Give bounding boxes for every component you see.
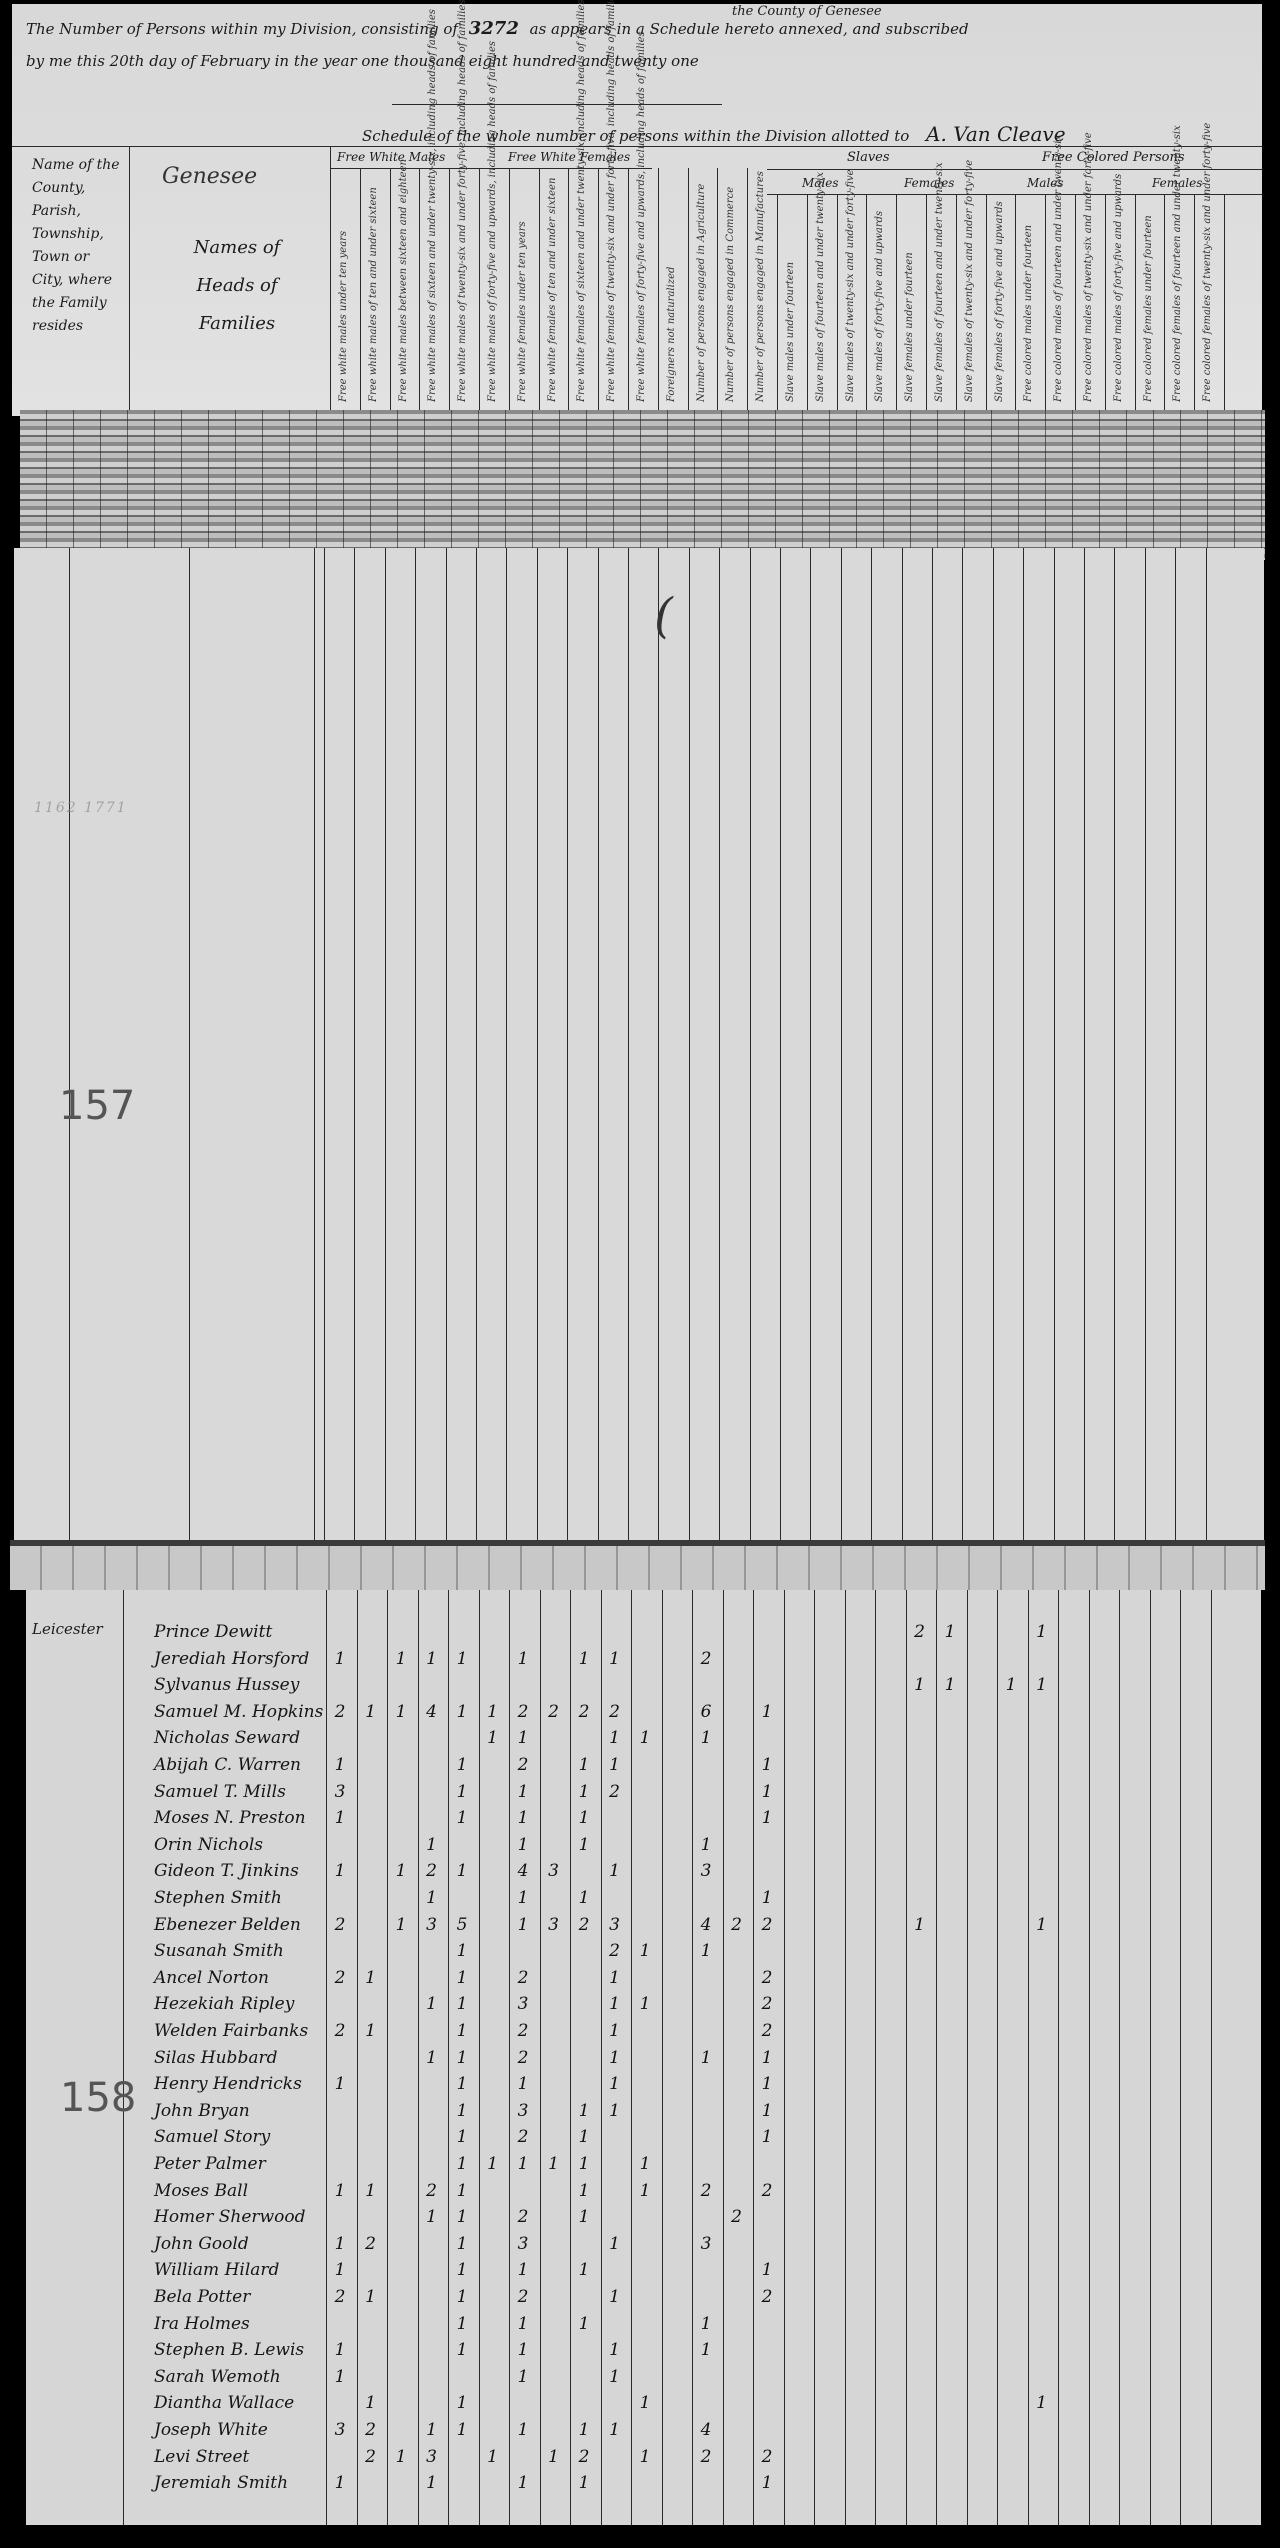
column-header: Slave females under fourteen	[904, 202, 915, 402]
head-of-family-name: Levi Street	[154, 2447, 249, 2467]
tally-cell: 1	[512, 2473, 534, 2493]
tally-cell: 1	[329, 1808, 351, 1828]
tally-cell: 1	[909, 1915, 931, 1935]
col-rule	[662, 1590, 663, 2525]
tally-cell: 2	[512, 1755, 534, 1775]
head-of-family-name: Samuel T. Mills	[154, 1782, 286, 1802]
tally-cell: 2	[512, 2048, 534, 2068]
head-of-family-name: Moses Ball	[154, 2181, 248, 2201]
tally-cell: 2	[512, 2287, 534, 2307]
group-slaves: Slaves	[847, 150, 890, 165]
tally-cell: 1	[695, 1835, 717, 1855]
tally-cell: 1	[634, 2181, 656, 2201]
col-rule	[753, 1590, 754, 2525]
tally-cell: 1	[360, 2021, 382, 2041]
head-of-family-name: Silas Hubbard	[154, 2048, 277, 2068]
tally-cell: 2	[360, 2420, 382, 2440]
tally-cell: 1	[604, 2074, 626, 2094]
col-rule	[628, 548, 629, 1548]
tally-cell: 1	[573, 2473, 595, 2493]
col-rule	[123, 1590, 124, 2525]
tally-cell: 1	[573, 1835, 595, 1855]
tally-cell: 2	[909, 1622, 931, 1642]
tally-cell: 1	[329, 2260, 351, 2280]
head-of-family-name: Joseph White	[154, 2420, 268, 2440]
tally-cell: 1	[329, 2473, 351, 2493]
column-header: Slave males of forty-five and upwards	[874, 202, 885, 402]
col-rule	[926, 194, 927, 416]
tally-cell: 1	[329, 1755, 351, 1775]
tally-cell: 2	[543, 1702, 565, 1722]
col-rule	[723, 1590, 724, 2525]
column-header: Free white males of forty-five and upwar…	[487, 176, 498, 402]
head-of-family-name: Jeremiah Smith	[154, 2473, 288, 2493]
tally-cell: 1	[451, 2154, 473, 2174]
tally-cell: 2	[604, 1782, 626, 1802]
head-of-family-name: William Hilard	[154, 2260, 279, 2280]
col-rule	[967, 1590, 968, 2525]
col-rule	[906, 1590, 907, 2525]
tally-cell: 2	[329, 2287, 351, 2307]
tally-cell: 1	[756, 1888, 778, 1908]
tally-cell: 1	[512, 1728, 534, 1748]
tally-cell: 3	[512, 2101, 534, 2121]
tally-cell: 1	[451, 1702, 473, 1722]
divider	[392, 104, 722, 105]
col-rule	[1206, 548, 1207, 1548]
col-rule	[1054, 548, 1055, 1548]
col-rule	[1084, 548, 1085, 1548]
head-of-family-name: Susanah Smith	[154, 1941, 284, 1961]
column-header: Number of persons engaged in Agriculture	[696, 176, 707, 402]
tally-cell: 1	[360, 2287, 382, 2307]
tally-cell: 1	[573, 1649, 595, 1669]
col-rule	[807, 194, 808, 416]
tally-cell: 1	[329, 2367, 351, 2387]
col-rule	[476, 548, 477, 1548]
tally-cell: 4	[695, 2420, 717, 2440]
blank-schedule-page: 1162 1771 157 (	[14, 548, 1264, 1548]
tally-cell: 1	[756, 1808, 778, 1828]
tally-cell: 2	[726, 2207, 748, 2227]
tally-cell: 5	[451, 1915, 473, 1935]
col-rule	[692, 1590, 693, 2525]
tally-cell: 1	[695, 2340, 717, 2360]
group-slaves-females: Females	[904, 176, 954, 190]
tally-cell: 1	[573, 2181, 595, 2201]
tally-cell: 1	[604, 1994, 626, 2014]
col-rule	[479, 168, 480, 416]
tally-cell: 1	[482, 1702, 504, 1722]
tally-cell: 1	[421, 1649, 443, 1669]
tally-cell: 1	[1031, 1622, 1053, 1642]
group-rule	[767, 169, 1262, 170]
tally-cell: 1	[756, 2260, 778, 2280]
tally-cell: 1	[756, 2101, 778, 2121]
col-rule	[330, 168, 331, 416]
tally-cell: 1	[451, 1994, 473, 2014]
col-rule	[357, 1590, 358, 2525]
column-header: Free colored females under fourteen	[1143, 202, 1154, 402]
head-of-family-name: Samuel Story	[154, 2127, 270, 2147]
tally-cell: 2	[512, 1702, 534, 1722]
page-number-157: 157	[59, 1083, 135, 1129]
tally-cell: 1	[634, 1941, 656, 1961]
tally-cell: 1	[604, 2340, 626, 2360]
census-data-page: Leicester 158 Prince Dewitt211Jerediah H…	[26, 1590, 1261, 2525]
col-rule	[479, 1590, 480, 2525]
tally-cell: 1	[390, 1915, 412, 1935]
col-rule	[1194, 194, 1195, 416]
tally-cell: 1	[421, 1888, 443, 1908]
head-of-family-name: Homer Sherwood	[154, 2207, 305, 2227]
column-header: Foreigners not naturalized	[666, 176, 677, 402]
col-rule	[896, 194, 897, 416]
tally-cell: 1	[604, 2367, 626, 2387]
col-rule	[1145, 548, 1146, 1548]
column-header: Free white females under ten years	[517, 176, 528, 402]
tally-cell: 1	[695, 1728, 717, 1748]
tally-cell: 1	[360, 1968, 382, 1988]
col-rule	[631, 1590, 632, 2525]
tally-cell: 1	[390, 2447, 412, 2467]
col-rule	[537, 548, 538, 1548]
head-of-family-name: Prince Dewitt	[154, 1622, 272, 1642]
bleed-through-text: 1162 1771	[34, 800, 128, 816]
col-rule	[567, 548, 568, 1548]
col-rule	[810, 548, 811, 1548]
tally-cell: 3	[421, 1915, 443, 1935]
col-rule	[129, 146, 130, 416]
col-rule	[418, 1590, 419, 2525]
head-of-family-name: John Bryan	[154, 2101, 250, 2121]
head-of-family-name: Ancel Norton	[154, 1968, 269, 1988]
col-rule	[845, 1590, 846, 2525]
col-rule	[419, 168, 420, 416]
col-rule	[570, 1590, 571, 2525]
col-rule	[506, 548, 507, 1548]
column-header: Free white females of twenty-six and und…	[606, 176, 617, 402]
tally-cell: 2	[726, 1915, 748, 1935]
col-rule	[688, 168, 689, 416]
tally-cell: 2	[756, 2447, 778, 2467]
tally-cell: 1	[329, 1649, 351, 1669]
tally-cell: 2	[329, 1702, 351, 1722]
column-header: Free white females of ten and under sixt…	[547, 176, 558, 402]
col-rule	[601, 1590, 602, 2525]
head-of-family-name: Henry Hendricks	[154, 2074, 302, 2094]
head-of-family-name: Gideon T. Jinkins	[154, 1861, 299, 1881]
tally-cell: 1	[573, 2314, 595, 2334]
col-rule	[750, 548, 751, 1548]
col-rule	[866, 194, 867, 416]
head-of-family-name: Jerediah Horsford	[154, 1649, 309, 1669]
tally-cell: 2	[573, 1915, 595, 1935]
col-rule	[814, 1590, 815, 2525]
col-rule	[997, 1590, 998, 2525]
col-rule	[1150, 1590, 1151, 2525]
col-rule	[1075, 194, 1076, 416]
folded-pages	[20, 410, 1265, 560]
tally-cell: 1	[390, 1702, 412, 1722]
col-rule	[986, 194, 987, 416]
tally-cell: 1	[451, 2260, 473, 2280]
tally-cell: 1	[451, 2021, 473, 2041]
tally-cell: 1	[451, 2048, 473, 2068]
tally-cell: 1	[451, 1968, 473, 1988]
col-rule	[1224, 194, 1225, 416]
column-header: Slave females of fourteen and under twen…	[934, 202, 945, 402]
tally-cell: 1	[573, 2207, 595, 2227]
tally-cell: 1	[421, 1835, 443, 1855]
tally-cell: 1	[573, 1808, 595, 1828]
tally-cell: 1	[756, 2074, 778, 2094]
col-rule	[719, 548, 720, 1548]
tally-cell: 1	[360, 2181, 382, 2201]
head-of-family-name: John Goold	[154, 2234, 249, 2254]
tally-cell: 1	[543, 2154, 565, 2174]
column-header: Free white males under ten years	[338, 176, 349, 402]
col-rule	[1015, 194, 1016, 416]
column-header: Free white males of sixteen and under tw…	[427, 176, 438, 402]
col-rule	[658, 168, 659, 416]
column-header: Free colored females of fourteen and und…	[1172, 202, 1183, 402]
tally-cell: 1	[604, 2021, 626, 2041]
tally-cell: 1	[604, 1755, 626, 1775]
col-rule	[1114, 548, 1115, 1548]
tally-cell: 1	[329, 1861, 351, 1881]
col-rule	[871, 548, 872, 1548]
tally-cell: 1	[604, 2420, 626, 2440]
head-of-family-name: Nicholas Seward	[154, 1728, 300, 1748]
tally-cell: 1	[512, 2340, 534, 2360]
col-rule	[658, 548, 659, 1548]
column-header: Free white males of ten and under sixtee…	[368, 176, 379, 402]
tally-cell: 1	[604, 2101, 626, 2121]
tally-cell: 1	[604, 2048, 626, 2068]
tally-cell: 1	[512, 1782, 534, 1802]
tally-cell: 1	[451, 1941, 473, 1961]
column-header: Slave males of twenty-six and under fort…	[845, 202, 856, 402]
col-rule	[1135, 194, 1136, 416]
tally-cell: 1	[451, 1808, 473, 1828]
column-header: Free colored males of fourteen and under…	[1053, 202, 1064, 402]
tally-cell: 3	[329, 1782, 351, 1802]
tally-cell: 1	[482, 1728, 504, 1748]
head-of-family-name: Stephen B. Lewis	[154, 2340, 304, 2360]
head-of-family-name: Orin Nichols	[154, 1835, 263, 1855]
page-fold-edge	[10, 1540, 1265, 1590]
tally-cell: 1	[634, 2154, 656, 2174]
col-rule	[1119, 1590, 1120, 2525]
tally-cell: 1	[1000, 1675, 1022, 1695]
col-rule	[540, 1590, 541, 2525]
tally-cell: 2	[695, 2447, 717, 2467]
head-of-family-name: Samuel M. Hopkins	[154, 1702, 323, 1722]
col-rule	[354, 548, 355, 1548]
tally-cell: 1	[512, 1835, 534, 1855]
tally-cell: 2	[573, 1702, 595, 1722]
tally-cell: 1	[421, 2420, 443, 2440]
county-note: the County of Genesee	[732, 4, 882, 19]
tally-cell: 4	[695, 1915, 717, 1935]
col-rule	[956, 194, 957, 416]
col-rule	[324, 548, 325, 1548]
tally-cell: 3	[695, 2234, 717, 2254]
head-of-family-name: Abijah C. Warren	[154, 1755, 301, 1775]
col-rule	[962, 548, 963, 1548]
tally-cell: 1	[421, 2048, 443, 2068]
col-rule	[1045, 194, 1046, 416]
tally-cell: 3	[512, 1994, 534, 2014]
tally-cell: 2	[360, 2234, 382, 2254]
tally-cell: 3	[329, 2420, 351, 2440]
tally-cell: 2	[756, 1994, 778, 2014]
tally-cell: 2	[604, 1941, 626, 1961]
col-rule	[1089, 1590, 1090, 2525]
tally-cell: 1	[512, 2420, 534, 2440]
tally-cell: 2	[756, 2287, 778, 2307]
col-rule	[360, 168, 361, 416]
township-name: Leicester	[32, 1620, 103, 1638]
tally-cell: 1	[512, 1808, 534, 1828]
tally-cell: 6	[695, 1702, 717, 1722]
column-header: Free colored males of forty-five and upw…	[1113, 202, 1124, 402]
tally-cell: 1	[573, 1888, 595, 1908]
tally-cell: 3	[512, 2234, 534, 2254]
col-rule	[189, 548, 190, 1548]
tally-cell: 1	[543, 2447, 565, 2467]
column-header: Number of persons engaged in Manufacture…	[755, 176, 766, 402]
tally-cell: 1	[573, 1755, 595, 1775]
tally-cell: 1	[390, 1861, 412, 1881]
head-of-family-name: Sarah Wemoth	[154, 2367, 281, 2387]
tally-cell: 1	[451, 2207, 473, 2227]
col-rule	[314, 548, 315, 1548]
tally-cell: 1	[634, 2447, 656, 2467]
tally-cell: 4	[421, 1702, 443, 1722]
column-header: Free white males of twenty-six and under…	[457, 176, 468, 402]
tally-cell: 1	[604, 1728, 626, 1748]
tally-cell: 1	[634, 2393, 656, 2413]
col-rule	[993, 548, 994, 1548]
tally-cell: 2	[329, 1915, 351, 1935]
col-rule	[539, 168, 540, 416]
col-rule	[69, 548, 70, 1548]
col-rule	[1105, 194, 1106, 416]
col-rule	[1175, 548, 1176, 1548]
col-rule	[717, 168, 718, 416]
col-rule	[902, 548, 903, 1548]
tally-cell: 1	[329, 2234, 351, 2254]
tally-cell: 3	[604, 1915, 626, 1935]
col-rule	[387, 1590, 388, 2525]
tally-cell: 1	[451, 2074, 473, 2094]
tally-cell: 1	[1031, 2393, 1053, 2413]
tally-cell: 1	[512, 2314, 534, 2334]
tally-cell: 3	[543, 1861, 565, 1881]
township-column-header: Name of the County, Parish, Township, To…	[32, 154, 122, 338]
head-of-family-name: Moses N. Preston	[154, 1808, 306, 1828]
col-rule	[1023, 548, 1024, 1548]
tally-cell: 1	[451, 2127, 473, 2147]
col-rule	[568, 168, 569, 416]
col-rule	[1180, 1590, 1181, 2525]
tally-cell: 1	[451, 2314, 473, 2334]
column-header: Slave males under fourteen	[785, 202, 796, 402]
tally-cell: 1	[573, 1782, 595, 1802]
column-header: Number of persons engaged in Commerce	[725, 176, 736, 402]
head-of-family-name: Ebenezer Belden	[154, 1915, 301, 1935]
col-rule	[449, 168, 450, 416]
tally-cell: 1	[421, 2207, 443, 2227]
col-rule	[936, 1590, 937, 2525]
tally-cell: 1	[573, 2127, 595, 2147]
names-column-header: Names of Heads of Families	[172, 229, 302, 343]
col-rule	[598, 168, 599, 416]
tally-cell: 3	[421, 2447, 443, 2467]
tally-cell: 4	[512, 1861, 534, 1881]
col-rule	[932, 548, 933, 1548]
attestation-line-2: by me this 20th day of February in the y…	[26, 52, 699, 70]
head-of-family-name: Ira Holmes	[154, 2314, 250, 2334]
tally-cell: 1	[482, 2447, 504, 2467]
tally-cell: 1	[390, 1649, 412, 1669]
col-rule	[390, 168, 391, 416]
col-rule	[448, 1590, 449, 2525]
col-rule	[780, 548, 781, 1548]
tally-cell: 1	[512, 2074, 534, 2094]
tally-cell: 1	[756, 1782, 778, 1802]
column-header: Free white females of sixteen and under …	[576, 176, 587, 402]
column-header: Free white males between sixteen and eig…	[398, 176, 409, 402]
tally-cell: 1	[451, 1755, 473, 1775]
tally-cell: 1	[695, 2048, 717, 2068]
tally-cell: 1	[573, 2420, 595, 2440]
page-number-158: 158	[60, 2075, 136, 2121]
tally-cell: 1	[604, 1649, 626, 1669]
head-of-family-name: Hezekiah Ripley	[154, 1994, 294, 2014]
marshal-signature: A. Van Cleave	[926, 122, 1066, 146]
tally-cell: 1	[939, 1675, 961, 1695]
tally-cell: 2	[695, 1649, 717, 1669]
tally-cell: 1	[573, 2154, 595, 2174]
tally-cell: 2	[421, 2181, 443, 2201]
tally-cell: 2	[573, 2447, 595, 2467]
tally-cell: 1	[512, 2260, 534, 2280]
tally-cell: 1	[604, 1861, 626, 1881]
tally-cell: 1	[604, 2234, 626, 2254]
tally-cell: 1	[451, 1861, 473, 1881]
col-rule	[784, 1590, 785, 2525]
tally-cell: 1	[512, 1649, 534, 1669]
col-rule	[326, 1590, 327, 2525]
attestation-line-1: The Number of Persons within my Division…	[26, 18, 969, 39]
tally-cell: 1	[909, 1675, 931, 1695]
tally-cell: 1	[512, 1888, 534, 1908]
tally-cell: 1	[360, 1702, 382, 1722]
tally-cell: 1	[756, 2473, 778, 2493]
col-rule	[509, 168, 510, 416]
tally-cell: 2	[421, 1861, 443, 1881]
tally-cell: 2	[329, 1968, 351, 1988]
tally-cell: 2	[604, 1702, 626, 1722]
col-rule	[385, 548, 386, 1548]
tally-cell: 1	[451, 2101, 473, 2121]
tally-cell: 1	[451, 2420, 473, 2440]
tally-cell: 1	[512, 2154, 534, 2174]
tally-cell: 3	[695, 1861, 717, 1881]
